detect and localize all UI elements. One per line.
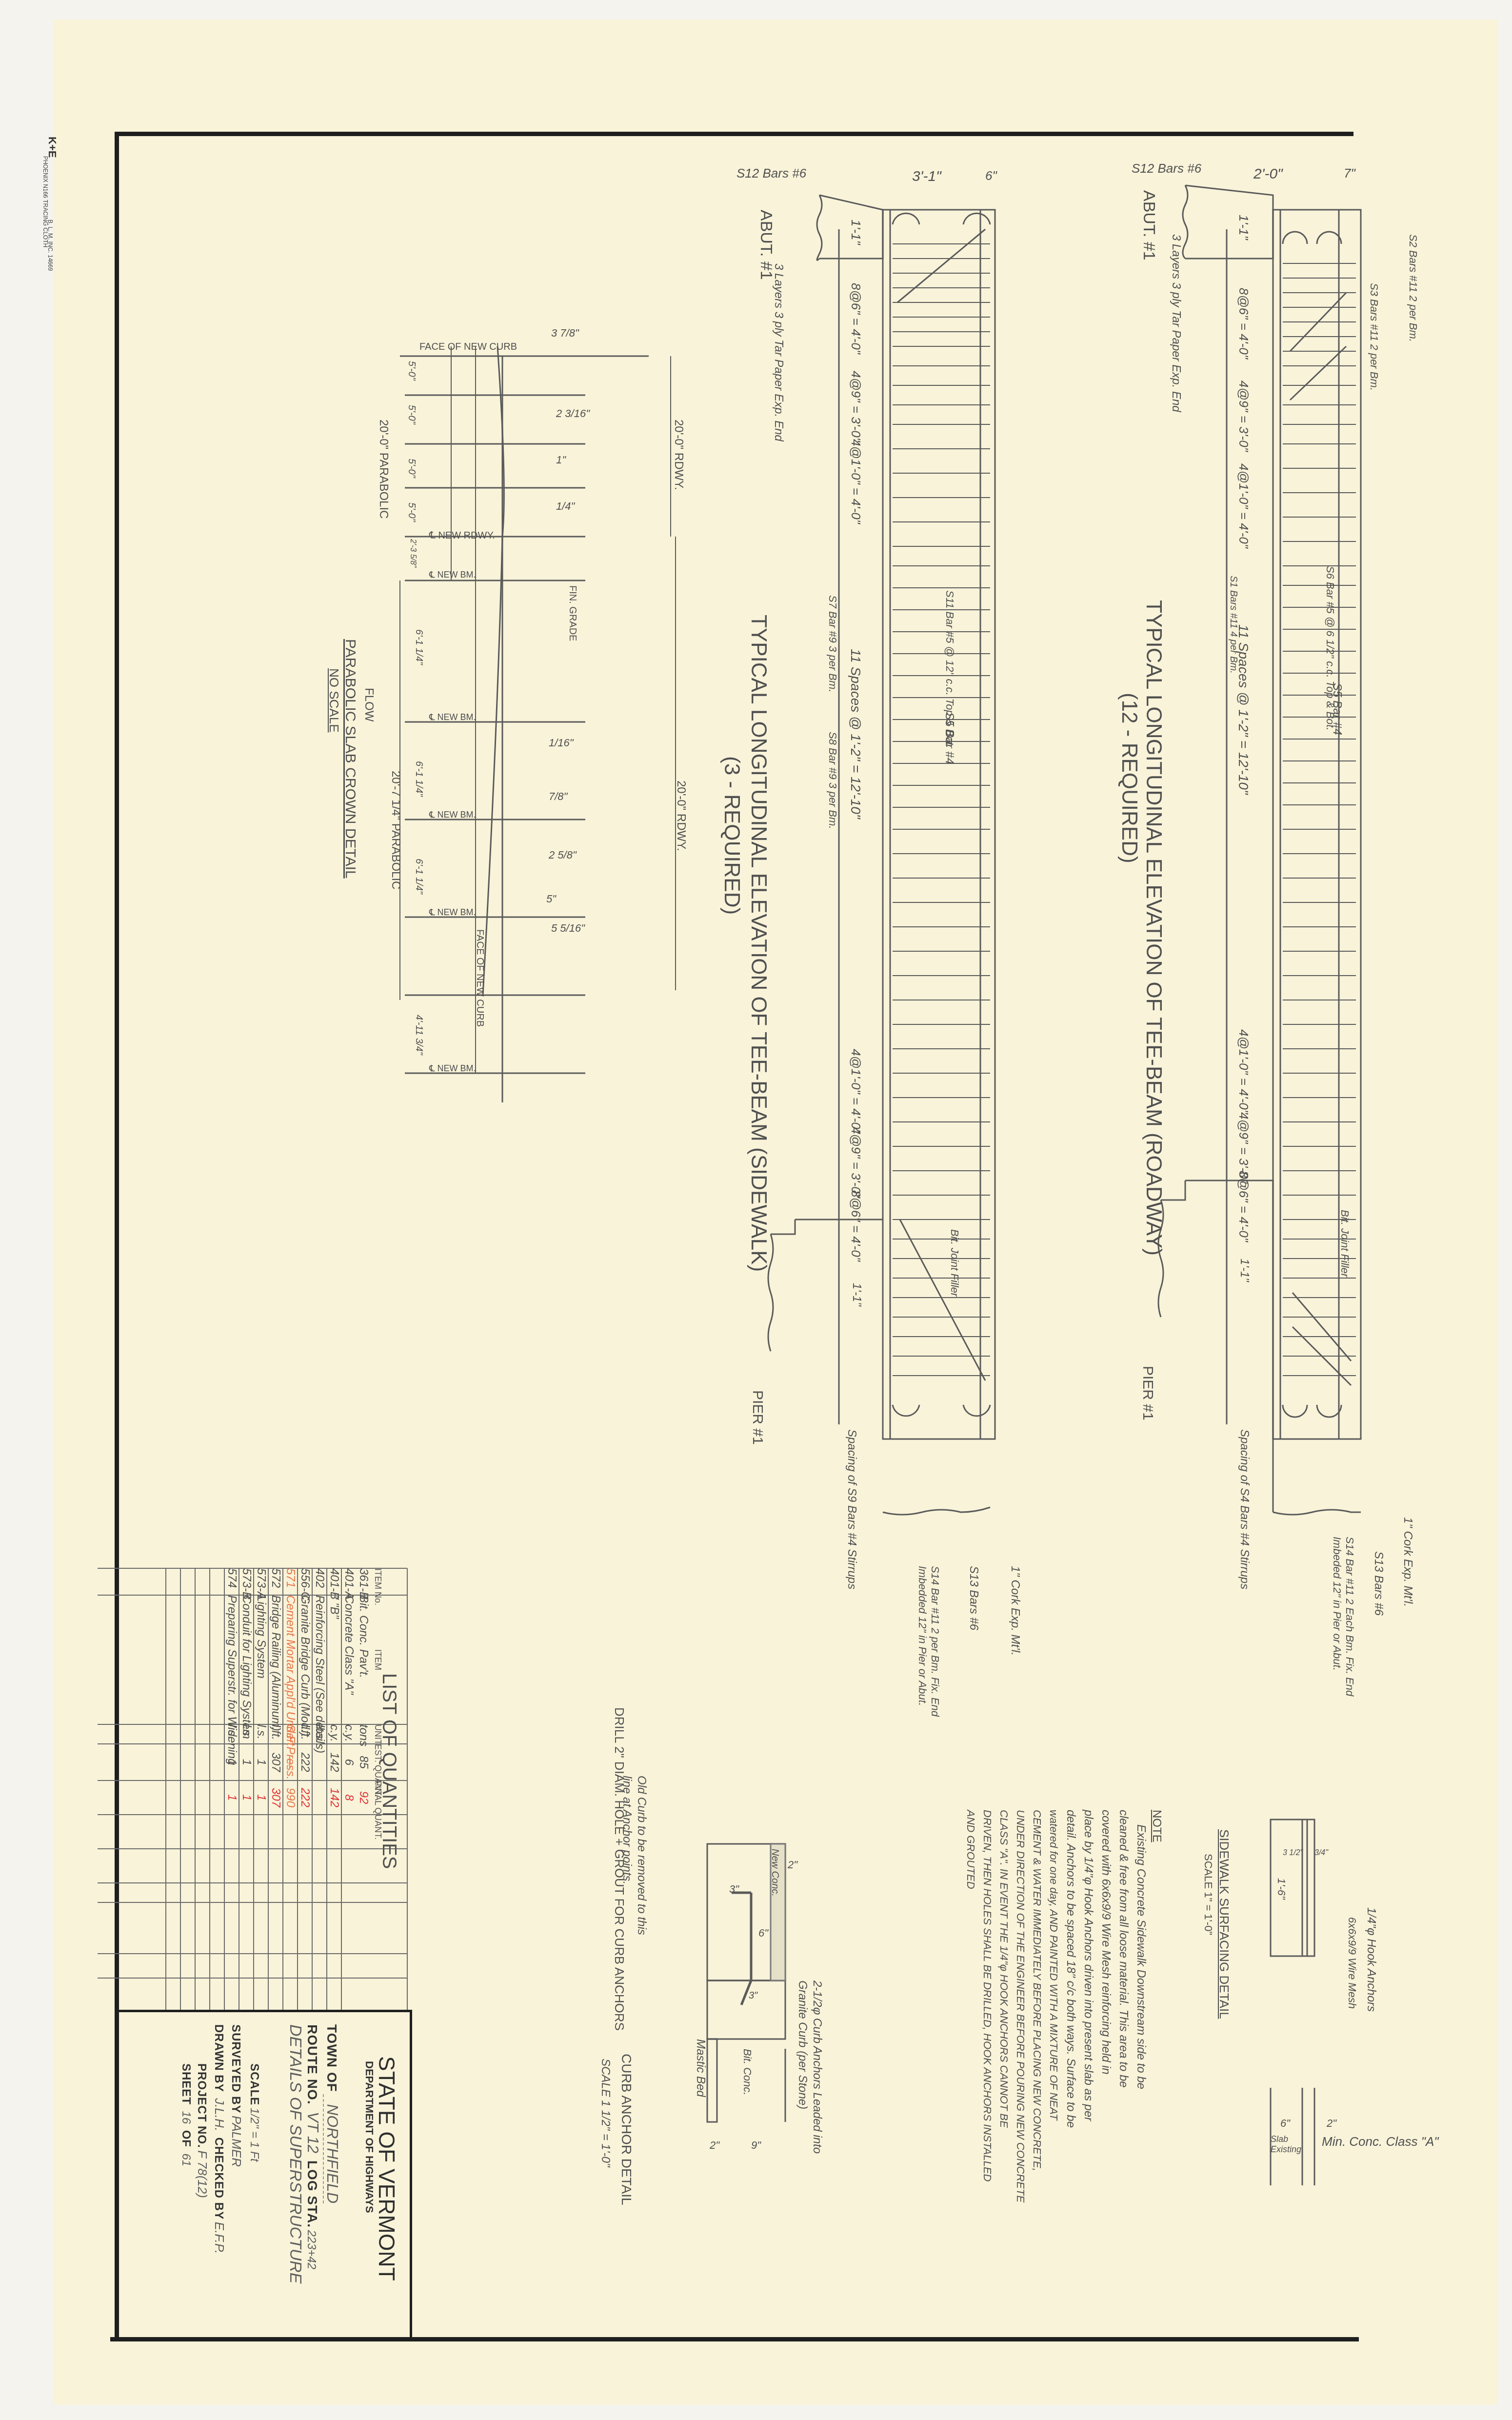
checked-by-value: E.F.P.	[212, 2222, 227, 2254]
cell-est: 222	[298, 1744, 312, 1780]
crown-offset-1: 3 7/8"	[551, 327, 579, 340]
sidewalk-elevation-title: TYPICAL LONGITUDINAL ELEVATION OF TEE-BE…	[746, 615, 771, 1272]
crown-offset-4: 1/4"	[556, 500, 575, 513]
drawn-by-label: DRAWN BY	[212, 2024, 225, 2092]
sidewalk-dim-end2: 1'-1"	[850, 1283, 863, 1306]
roadway-callout-s13: S13 Bars #6	[1372, 1551, 1385, 1616]
sidewalk-callout-s13: S13 Bars #6	[967, 1566, 980, 1630]
sidewalk-dim-seg6: 8@6" = 4'-0"	[848, 1190, 863, 1261]
col-header-unit: UNIT	[373, 1724, 383, 1744]
note-line: place by 1/4"φ Hook Anchors driven into …	[1079, 1810, 1097, 2180]
roadway-callout-s14: S14 Bar #11 2 Each Bm. Fix. End Imbeded …	[1331, 1537, 1356, 1698]
sidewalk-min-conc: Min. Conc. Class "A"	[1322, 2134, 1439, 2149]
quantities-table: ITEM No. ITEM UNIT EST. QUANT. FINAL QUA…	[224, 1568, 385, 2007]
cell-final: 1	[225, 1780, 239, 1815]
crown-spacing-4: 5'-0"	[406, 502, 417, 522]
cell-final: 1	[254, 1780, 268, 1815]
sidewalk-callout-s5: S5 Bar #4	[942, 712, 956, 764]
sidewalk-dim-seg3: 4@1'-0" = 4'-0"	[848, 439, 863, 524]
cell-final: 990	[283, 1780, 297, 1815]
sidewalk-callout-s7: S7 Bar #9 3 per Bm.	[826, 595, 839, 692]
col-header-est: EST. QUANT.	[373, 1744, 383, 1780]
roadway-dim-seg1: 8@6" = 4'-0"	[1236, 288, 1251, 359]
scale-value: 1/2" = 1 Ft	[248, 2108, 261, 2162]
sidewalk-dim-5: 2"	[1327, 2117, 1336, 2130]
cell-item-no: 402	[313, 1568, 326, 1595]
sidewalk-detail-scale: SCALE 1" = 1'-0"	[1202, 1854, 1214, 1935]
crown-fin-grade: FIN. GRADE	[567, 585, 578, 641]
cell-final: 222	[298, 1780, 312, 1815]
roadway-callout-tar-paper: 3 Layers 3 ply Tar Paper Exp. End	[1169, 234, 1183, 412]
cell-final: 307	[269, 1780, 282, 1815]
crown-spacing-8: 6'-1 1/4"	[413, 859, 424, 894]
sidewalk-hook-anchors: 1/4"φ Hook Anchors	[1364, 1907, 1378, 2012]
note-block: NOTE Existing Concrete Sidewalk Downstre…	[962, 1810, 1163, 2180]
cell-item: Bridge Railing (Aluminum)	[269, 1595, 282, 1724]
note-line: CEMENT & WATER IMMEDIATELY BEFORE PLACIN…	[1029, 1810, 1045, 2180]
roadway-dim-end2: 1'-1"	[1237, 1259, 1251, 1282]
sidewalk-dim-2: 3/4"	[1314, 1849, 1328, 1858]
cell-unit: l.ft.	[298, 1724, 312, 1744]
curb-new-conc: New Conc.	[769, 1849, 780, 1897]
table-row: 401-B " "B" c.y. 142 142	[327, 1568, 341, 2007]
table-row: 572 Bridge Railing (Aluminum) l.ft. 307 …	[268, 1568, 283, 2007]
project-value: F 78(12)	[195, 2150, 210, 2198]
curb-dim-3: 6"	[758, 1927, 768, 1940]
crown-offset-6: 7/8"	[549, 790, 567, 803]
sidewalk-dim-seg5: 4@9" = 3'-0"	[848, 1127, 863, 1198]
cell-item: Preparing Superstr. for Widening	[225, 1595, 239, 1724]
curb-anchor-title: CURB ANCHOR DETAIL	[618, 2054, 634, 2205]
cell-final: 8	[342, 1780, 356, 1815]
sheet-total: 61	[179, 2149, 193, 2166]
cell-item: Granite Bridge Curb (Mod.)	[298, 1595, 312, 1724]
crown-spacing-2: 5'-0"	[406, 405, 417, 424]
note-line: covered with 6x6x9/9 Wire Mesh reinforci…	[1097, 1810, 1114, 2180]
crown-spacing-1: 5'-0"	[406, 361, 417, 380]
cell-unit: l.s.	[239, 1724, 253, 1744]
crown-spacing-5: 2'-3 5/8"	[408, 539, 417, 568]
crown-face-curb-bottom: FACE OF NEW CURB	[474, 929, 485, 1027]
surveyed-by-label: SURVEYED BY	[229, 2024, 242, 2114]
department-name: DEPARTMENT OF HIGHWAYS	[363, 2061, 376, 2213]
crown-spacing-3: 5'-0"	[406, 459, 417, 478]
sidewalk-dim-seg4: 4@1'-0" = 4'-0"	[848, 1049, 863, 1134]
cell-unit: l.ft.	[269, 1724, 282, 1744]
roadway-elevation-title: TYPICAL LONGITUDINAL ELEVATION OF TEE-BE…	[1141, 600, 1166, 1256]
crown-offset-8: 5"	[546, 893, 556, 905]
log-sta-value: 223+42	[305, 2230, 318, 2269]
cell-item-no: 573-A	[254, 1568, 268, 1595]
cell-final: 92	[357, 1780, 370, 1815]
sidewalk-wire-mesh: 6x6x9/9 Wire Mesh	[1346, 1917, 1358, 2009]
crown-spacing-7: 6'-1 1/4"	[413, 761, 424, 797]
cell-item: Cement Mortar Appl'd Under Press.	[283, 1595, 297, 1724]
sidewalk-callout-tar-paper: 3 Layers 3 ply Tar Paper Exp. End	[772, 263, 785, 441]
sidewalk-callout-joint-filler: Bit. Joint Filler	[948, 1229, 961, 1297]
crown-cl-bm-3: ℄ NEW BM.	[429, 810, 476, 820]
curb-old-curb-note: Old Curb to be removed to this line at A…	[619, 1776, 649, 1951]
agency-name: STATE OF VERMONT	[374, 2056, 400, 2281]
crown-cl-bm-2: ℄ NEW BM.	[429, 712, 476, 722]
roadway-callout-cork: 1" Cork Exp. Mt'l.	[1401, 1517, 1414, 1607]
roadway-dim-seg2: 4@9" = 3'-0"	[1236, 380, 1251, 452]
cell-item: Lighting System	[254, 1595, 268, 1724]
note-line: cleaned & free from all loose material. …	[1114, 1810, 1132, 2180]
table-row: 401-A Concrete Class "A" c.y. 6 8	[341, 1568, 356, 2007]
curb-dim-6: 9"	[751, 2139, 761, 2152]
roadway-callout-joint-filler: Bit. Joint Filler	[1338, 1210, 1351, 1277]
crown-cl-rdwy: ℄ NEW RDWY.	[429, 529, 495, 541]
town-label: TOWN OF	[324, 2024, 339, 2092]
table-row: 573-B Conduit for Lighting System l.s. 1…	[239, 1568, 254, 2007]
crown-cl-bm-1: ℄ NEW BM.	[429, 570, 476, 580]
surveyed-by-value: PALMER	[229, 2116, 244, 2167]
roadway-abut-label: ABUT. #1	[1139, 190, 1158, 260]
route-value: VT 12	[304, 2107, 322, 2158]
checked-by-label: CHECKED BY	[212, 2138, 225, 2220]
crown-face-curb-top: FACE OF NEW CURB	[419, 341, 517, 353]
roadway-dim-seg3: 4@1'-0" = 4'-0"	[1236, 463, 1251, 548]
sidewalk-pier-label: PIER #1	[749, 1390, 766, 1445]
cell-unit: c.y.	[327, 1724, 341, 1744]
crown-offset-7: 2 5/8"	[549, 849, 577, 861]
cell-item: Reinforcing Steel (See details)	[313, 1595, 326, 1724]
table-row: 556-C Granite Bridge Curb (Mod.) l.ft. 2…	[298, 1568, 312, 2007]
cell-unit: S.Ft	[283, 1724, 297, 1744]
crown-parabolic-1: 20'-0" PARABOLIC	[377, 420, 390, 519]
col-header-item-no: ITEM No.	[373, 1568, 383, 1595]
cell-est: 1	[225, 1744, 239, 1780]
sidewalk-dim-1: 3 1/2"	[1283, 1849, 1303, 1858]
route-label: ROUTE NO.	[305, 2024, 320, 2105]
cell-final: 142	[327, 1780, 341, 1815]
roadway-dim-flange: 7"	[1344, 166, 1355, 181]
cell-item-no: 572	[269, 1568, 282, 1595]
crown-rdwy-1: 20'-0" RDWY.	[672, 420, 685, 490]
note-line: DRIVEN, THEN HOLES SHALL BE DRILLED, HOO…	[979, 1810, 995, 2180]
cell-est: 6	[342, 1744, 356, 1780]
sidewalk-dim-seg2: 4@9" = 3'-0"	[848, 371, 863, 442]
crown-offset-5: 1/16"	[549, 737, 574, 749]
sidewalk-dim-flange: 6"	[985, 168, 997, 183]
cell-item-no: 571	[283, 1568, 297, 1595]
cell-est: —	[283, 1744, 297, 1780]
crown-spacing-9: 4'-11 3/4"	[413, 1015, 424, 1055]
crown-offset-2: 2 3/16"	[556, 407, 590, 420]
cell-unit: tons	[357, 1724, 370, 1744]
crown-parabolic-2: 20'-7 1/4" PARABOLIC	[389, 771, 402, 889]
col-header-item: ITEM	[373, 1595, 383, 1724]
note-line: UNDER DIRECTION OF THE ENGINEER BEFORE P…	[1012, 1810, 1029, 2180]
drawn-by-field: DRAWN BY J.L.H. CHECKED BY E.F.P.	[212, 2024, 227, 2254]
note-line: CLASS "A". IN EVENT THE 1/4"φ HOOK ANCHO…	[995, 1810, 1012, 2180]
roadway-pier-label: PIER #1	[1139, 1366, 1156, 1420]
sidewalk-dim-middle: 11 Spaces @ 1'-2" = 12'-10"	[848, 649, 863, 819]
cell-item-no: 361-B	[357, 1568, 370, 1595]
curb-mastic-bed: Mastic Bed	[694, 2039, 707, 2097]
cell-final: 1	[239, 1780, 253, 1815]
sidewalk-elevation-subtitle: (3 - REQUIRED)	[719, 756, 744, 915]
cell-est: 85	[357, 1744, 370, 1780]
quantities-header-row: ITEM No. ITEM UNIT EST. QUANT. FINAL QUA…	[371, 1568, 385, 2007]
curb-bit-conc: Bit. Conc.	[741, 2049, 754, 2095]
crown-detail-title: PARABOLIC SLAB CROWN DETAIL	[342, 639, 358, 879]
roadway-dim-end: 1'-1"	[1236, 215, 1251, 240]
cell-unit: lbs.	[313, 1724, 326, 1744]
cell-est: 142	[327, 1744, 341, 1780]
sidewalk-dim-seg1: 8@6" = 4'-0"	[848, 283, 863, 354]
crown-flow-label: FLOW	[362, 688, 376, 721]
crown-rdwy-2: 20'-0" RDWY.	[674, 780, 688, 851]
note-line: watered for one day, AND PAINTED WITH A …	[1045, 1810, 1062, 2180]
cell-item-no: 573-B	[239, 1568, 253, 1595]
cell-item-no: 574	[225, 1568, 239, 1595]
crown-cl-bm-4: ℄ NEW BM.	[429, 907, 476, 918]
roadway-callout-s2: S2 Bars #11 2 per Bm.	[1407, 234, 1419, 342]
crown-offset-9: 5 5/16"	[551, 922, 585, 935]
roadway-dim-width: 2'-0"	[1253, 166, 1283, 182]
drawing-title: DETAILS OF SUPERSTRUCTURE	[286, 2024, 305, 2283]
scale-field: SCALE 1/2" = 1 Ft	[247, 2063, 261, 2161]
curb-dim-2: 3"	[729, 1883, 739, 1896]
cell-est: 1	[239, 1744, 253, 1780]
note-line: Existing Concrete Sidewalk Downstream si…	[1132, 1810, 1150, 2180]
sidewalk-callout-cork: 1" Cork Exp. Mt'l.	[1008, 1566, 1022, 1656]
roadway-dim-seg4: 4@1'-0" = 4'-0"	[1236, 1029, 1251, 1114]
cell-item-no: 401-A	[342, 1568, 356, 1595]
cell-est: 1	[254, 1744, 268, 1780]
note-heading: NOTE	[1150, 1810, 1163, 2180]
sheet-field: SHEET 16 OF 61	[179, 2063, 193, 2166]
sheet-label: SHEET	[179, 2063, 193, 2105]
sidewalk-dim-4: 6"	[1280, 2117, 1290, 2130]
drawing-title-field: DETAILS OF SUPERSTRUCTURE	[286, 2024, 305, 2283]
drawn-by-value: J.L.H.	[212, 2094, 227, 2135]
project-field: PROJECT NO. F 78(12)	[195, 2063, 210, 2198]
town-field: TOWN OF NORTHFIELD	[323, 2024, 341, 2203]
cell-est: 307	[269, 1744, 282, 1780]
roadway-callout-stirrups: Spacing of S4 Bars #4 Stirrups	[1237, 1429, 1251, 1589]
sidewalk-slab-existing: Slab Existing	[1271, 2134, 1300, 2155]
crown-spacing-6: 6'-1 1/4"	[413, 629, 424, 665]
cell-item: Bit. Conc. Pav't.	[357, 1595, 370, 1724]
roadway-dim-seg6: 8@6" = 4'-0"	[1236, 1171, 1251, 1242]
sidewalk-callout-s8: S8 Bar #9 3 per Bm.	[826, 732, 839, 829]
sidewalk-callout-s12: S12 Bars #6	[736, 166, 806, 181]
cell-item-no: 556-C	[298, 1568, 312, 1595]
cell-item: Conduit for Lighting System	[239, 1595, 253, 1724]
cell-item-no: 401-B	[327, 1568, 341, 1595]
sidewalk-callout-stirrups: Spacing of S9 Bars #4 Stirrups	[845, 1429, 858, 1589]
curb-dim-1: 2"	[788, 1859, 797, 1871]
log-sta-label: LOG STA.	[305, 2160, 320, 2228]
sidewalk-dim-3: 1'-6"	[1275, 1878, 1288, 1900]
note-line: detail. Anchors to be spaced 18" c/c bot…	[1062, 1810, 1079, 2180]
scale-label: SCALE	[248, 2063, 261, 2105]
town-value: NORTHFIELD	[323, 2094, 341, 2203]
project-label: PROJECT NO.	[195, 2063, 208, 2148]
col-header-final: FINAL QUANT.	[373, 1780, 383, 1815]
sidewalk-dim-end: 1'-1"	[848, 220, 863, 245]
roadway-callout-s12: S12 Bars #6	[1132, 161, 1201, 176]
cell-item: " "B"	[327, 1595, 341, 1724]
route-field: ROUTE NO. VT 12 LOG STA. 223+42	[304, 2024, 322, 2269]
cell-unit: l.s.	[225, 1724, 239, 1744]
curb-anchors-note: 2-1/2φ Curb Anchors Leaded into Granite …	[795, 1980, 824, 2166]
sidewalk-detail-title: SIDEWALK SURFACING DETAIL	[1216, 1829, 1232, 2019]
crown-offset-3: 1"	[556, 454, 566, 466]
sheet-number: 16	[179, 2107, 193, 2128]
roadway-callout-s1: S1 Bars #11 4 per Bm.	[1228, 576, 1239, 674]
table-row-highlighted: 571 Cement Mortar Appl'd Under Press. S.…	[283, 1568, 298, 2007]
sheet-of-label: OF	[179, 2130, 193, 2147]
roadway-callout-s3: S3 Bars #11 2 per Bm.	[1368, 283, 1380, 391]
crown-detail-scale: NO SCALE	[326, 668, 341, 733]
curb-anchor-scale: SCALE 1 1/2" = 1'-0"	[598, 2059, 612, 2167]
sidewalk-dim-width: 3'-1"	[912, 168, 941, 185]
roadway-elevation-subtitle: (12 - REQUIRED)	[1117, 693, 1141, 863]
crown-cl-bm-5: ℄ NEW BM.	[429, 1063, 476, 1074]
note-line: AND GROUTED	[962, 1810, 979, 2180]
curb-dim-5: 2"	[710, 2139, 719, 2152]
cell-unit: l.s.	[254, 1724, 268, 1744]
table-row: 402 Reinforcing Steel (See details) lbs.	[312, 1568, 327, 2007]
table-row: 574 Preparing Superstr. for Widening l.s…	[224, 1568, 239, 2007]
roadway-callout-s5: S5 Bar #4	[1330, 683, 1344, 735]
surveyed-by-field: SURVEYED BY PALMER	[229, 2024, 244, 2167]
table-row: 573-A Lighting System l.s. 1 1	[254, 1568, 268, 2007]
table-row: 361-B Bit. Conc. Pav't. tons 85 92	[356, 1568, 371, 2007]
cell-unit: c.y.	[342, 1724, 356, 1744]
cell-item: Concrete Class "A"	[342, 1595, 356, 1724]
sidewalk-beam-outline	[883, 210, 995, 1439]
sidewalk-callout-s14: S14 Bar #11 2 per Bm. Fix. End Imbedded …	[916, 1566, 941, 1741]
curb-dim-4: 3"	[749, 1990, 757, 2001]
